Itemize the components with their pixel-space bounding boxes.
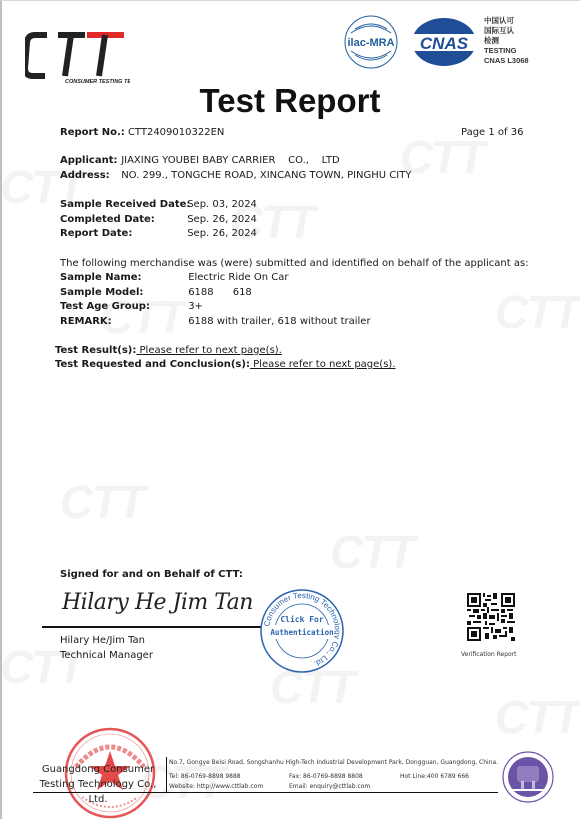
date-value: Sep. 26, 2024 — [187, 213, 257, 226]
applicant-row: Applicant: JIAXING YOUBEI BABY CARRIER C… — [60, 154, 340, 167]
cnas-caption-line: 检测 — [484, 36, 529, 46]
sample-field-row: Sample Name: Electric Ride On Car — [60, 271, 288, 284]
sample-field-value: 6188 with trailer, 618 without trailer — [188, 315, 370, 328]
cnas-caption-line: TESTING — [484, 46, 529, 56]
footer-tel: Tel: 86-0769-8898 9888 — [169, 773, 241, 780]
cnas-caption-line: 中国认可 — [484, 16, 529, 26]
conclusion-row: Test Requested and Conclusion(s): Please… — [55, 358, 396, 371]
sample-field-row: Test Age Group: 3+ — [60, 300, 203, 313]
sample-field-label: REMARK: — [60, 315, 185, 328]
date-row: Sample Received Date: Sep. 03, 2024 — [60, 198, 257, 211]
consumer-mascot-badge — [502, 751, 554, 803]
report-number-row: Report No.: CTT2409010322EN — [60, 126, 224, 139]
footer-address: No.7, Gongye Beisi Road, Songshanhu High… — [169, 759, 498, 766]
applicant-label: Applicant: — [60, 154, 118, 167]
ctt-watermark: CTT — [495, 285, 578, 339]
address-label: Address: — [60, 169, 118, 182]
cnas-caption-line: 国际互认 — [484, 26, 529, 36]
signature-line — [42, 626, 270, 628]
ctt-watermark: CTT — [495, 690, 578, 744]
ctt-logo: CONSUMER TESTING TECH — [25, 30, 130, 85]
applicant-value: JIAXING YOUBEI BABY CARRIER CO., LTD — [121, 154, 339, 167]
footer-company-name: Guangdong Consumer Testing Technology Co… — [30, 762, 166, 807]
report-number: CTT2409010322EN — [128, 126, 224, 139]
date-value: Sep. 26, 2024 — [187, 227, 257, 240]
test-result-text: Please refer to next page(s). — [136, 345, 282, 356]
sample-field-value: 6188 618 — [188, 286, 252, 299]
signature-heading: Signed for and on Behalf of CTT: — [60, 568, 243, 581]
test-result-label: Test Result(s): — [55, 344, 136, 357]
report-number-label: Report No.: — [60, 126, 125, 139]
cnas-caption-line: CNAS L3068 — [484, 56, 529, 66]
footer-rule — [33, 792, 498, 793]
signer-names: Hilary He/Jim Tan — [60, 634, 145, 647]
sample-field-value: 3+ — [188, 300, 203, 313]
svg-text:CNAS: CNAS — [420, 34, 469, 53]
date-row: Report Date: Sep. 26, 2024 — [60, 227, 257, 240]
page-title: Test Report — [0, 82, 580, 120]
handwritten-signature: Hilary He Jim Tan — [62, 590, 253, 615]
sample-field-label: Sample Model: — [60, 286, 185, 299]
ctt-watermark: CTT — [330, 525, 413, 579]
verification-report-label: Verification Report — [461, 651, 517, 658]
date-label: Sample Received Date: — [60, 198, 184, 211]
footer-divider — [166, 757, 167, 793]
cnas-accreditation-caption: 中国认可 国际互认 检测 TESTING CNAS L3068 — [484, 16, 529, 66]
click-for-authentication-stamp[interactable]: Consumer Testing Technology Co., Ltd. Cl… — [258, 588, 346, 674]
date-row: Completed Date: Sep. 26, 2024 — [60, 213, 257, 226]
date-label: Report Date: — [60, 227, 184, 240]
ilac-mra-logo: ilac-MRA — [341, 15, 401, 70]
sample-field-row: REMARK: 6188 with trailer, 618 without t… — [60, 315, 371, 328]
footer-fax: Fax: 86-0769-8898 8808 — [289, 773, 363, 780]
date-value: Sep. 03, 2024 — [187, 198, 257, 211]
svg-text:Click For: Click For — [280, 614, 324, 624]
sample-field-value: Electric Ride On Car — [188, 271, 288, 284]
sample-field-label: Test Age Group: — [60, 300, 185, 313]
signer-role: Technical Manager — [60, 649, 153, 662]
test-result-row: Test Result(s): Please refer to next pag… — [55, 344, 282, 357]
conclusion-text: Please refer to next page(s). — [250, 359, 396, 370]
page-border — [0, 0, 580, 819]
svg-text:ilac-MRA: ilac-MRA — [347, 37, 394, 49]
address-row: Address: NO. 299., TONGCHE ROAD, XINCANG… — [60, 169, 411, 182]
conclusion-label: Test Requested and Conclusion(s): — [55, 358, 250, 371]
address-value: NO. 299., TONGCHE ROAD, XINCANG TOWN, PI… — [121, 169, 411, 182]
verification-qr-code[interactable] — [467, 593, 515, 641]
ctt-watermark: CTT — [60, 475, 143, 529]
svg-text:Authentication: Authentication — [270, 628, 333, 637]
sample-field-row: Sample Model: 6188 618 — [60, 286, 252, 299]
company-name-line: Guangdong Consumer — [30, 762, 166, 777]
sample-field-label: Sample Name: — [60, 271, 185, 284]
cnas-logo: CNAS — [409, 15, 479, 70]
footer-website-link[interactable]: Website: http://www.cttlab.com — [169, 783, 263, 790]
footer-email-link[interactable]: Email: enquiry@cttlab.com — [289, 783, 370, 790]
merchandise-intro: The following merchandise was (were) sub… — [60, 257, 529, 270]
page-indicator: Page 1 of 36 — [461, 126, 523, 139]
date-label: Completed Date: — [60, 213, 184, 226]
footer-hotline: Hot Line:400 6789 666 — [400, 773, 469, 780]
